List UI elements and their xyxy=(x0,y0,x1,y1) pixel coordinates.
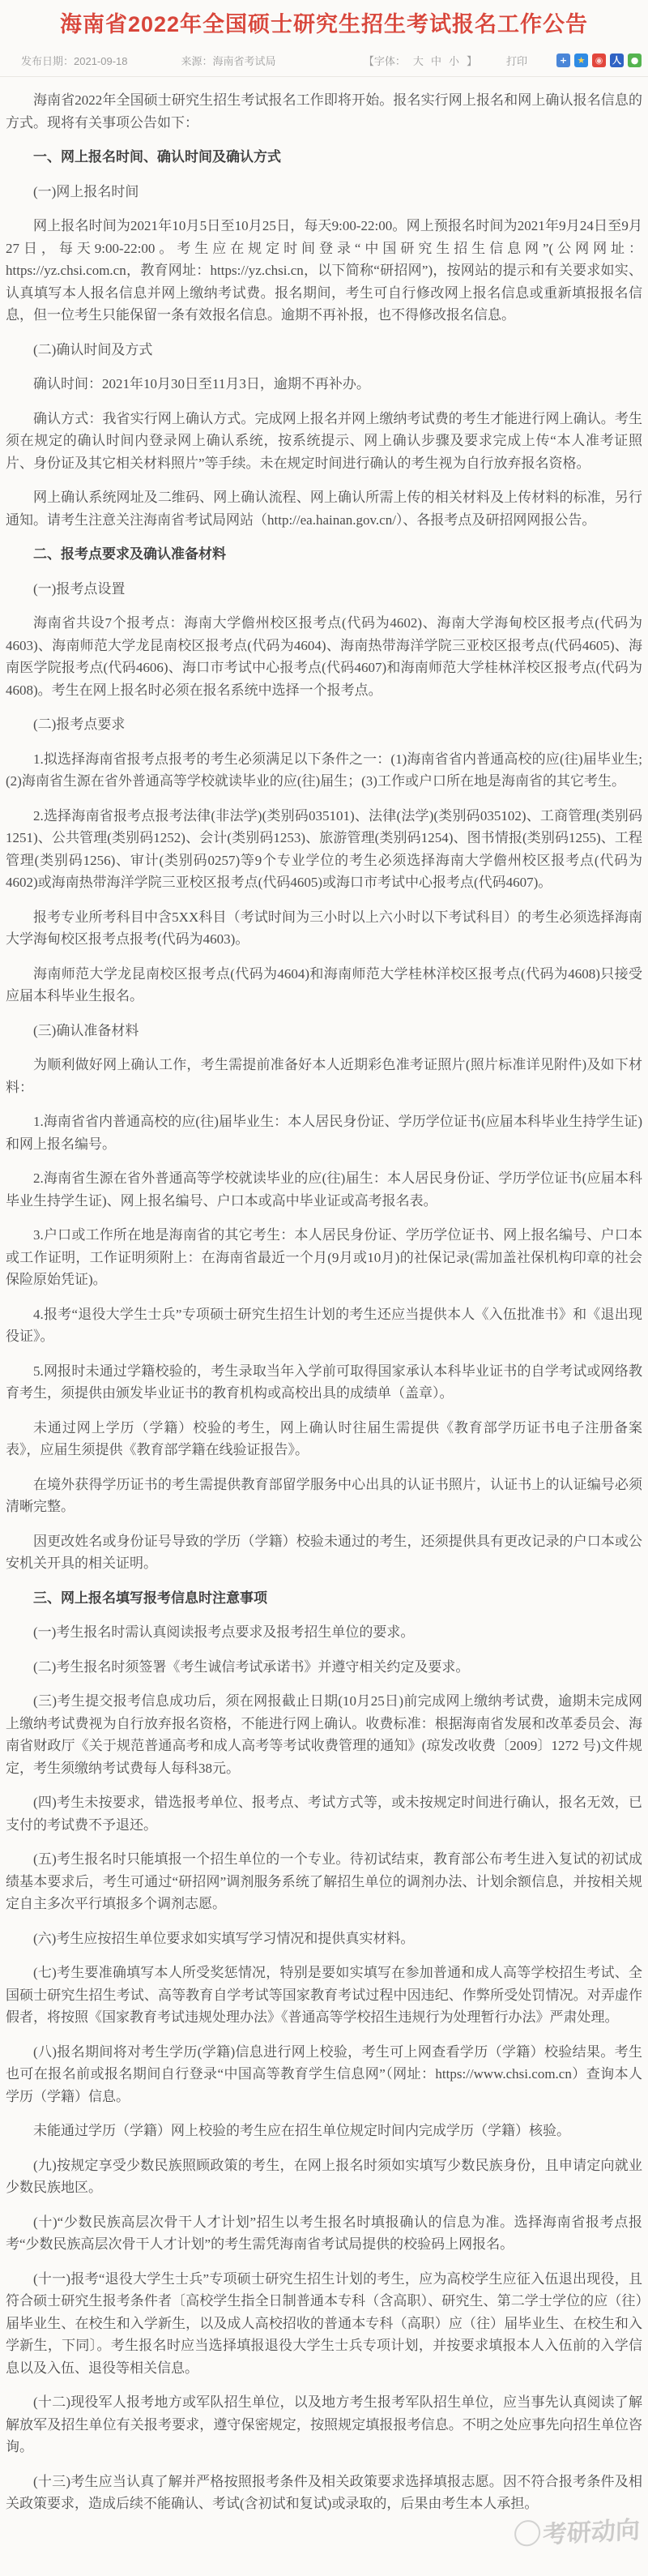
renren-icon[interactable]: 人 xyxy=(610,53,624,67)
paragraph: (八)报名期间将对考生学历(学籍)信息进行网上校验，考生可上网查看学历（学籍）校… xyxy=(6,2041,642,2108)
font-size-bracket-close: 】 xyxy=(467,53,477,68)
source-label: 来源： xyxy=(181,55,213,67)
meta-bar: 发布日期：2021-09-18 来源：海南省考试局 【字体： 大 中 小 】 打… xyxy=(0,51,648,77)
subsection-heading: (二)报考点要求 xyxy=(6,713,642,736)
subsection-heading: (三)确认准备材料 xyxy=(6,1020,642,1042)
share-plus-icon[interactable]: + xyxy=(556,53,570,67)
paragraph: 5.网报时未通过学籍校验的，考生录取当年入学前可取得国家承认本科毕业证书的自学考… xyxy=(6,1360,642,1405)
paragraph: (二)考生报名时须签署《考生诚信考试承诺书》并遵守相关约定及要求。 xyxy=(6,1656,642,1679)
font-size-bracket-open: 【字体： xyxy=(364,53,406,68)
paragraph: 1.拟选择海南省报考点报考的考生必须满足以下条件之一：(1)海南省省内普通高校的… xyxy=(6,748,642,793)
subsection-heading: (一)网上报名时间 xyxy=(6,181,642,203)
paragraph: 2.选择海南省报考点报考法律(非法学)(类别码035101)、法律(法学)(类别… xyxy=(6,805,642,894)
paragraph: 海南师范大学龙昆南校区报考点(代码为4604)和海南师范大学桂林洋校区报考点(代… xyxy=(6,963,642,1008)
publish-date-label: 发布日期： xyxy=(21,55,74,67)
paragraph: 网上确认系统网址及二维码、网上确认流程、网上确认所需上传的相关材料及上传材料的标… xyxy=(6,486,642,531)
subsection-heading: (二)确认时间及方式 xyxy=(6,339,642,362)
paragraph: 报考专业所考科目中含5XX科目（考试时间为三小时以上六小时以下考试科目）的考生必… xyxy=(6,906,642,951)
subsection-heading: (一)报考点设置 xyxy=(6,578,642,601)
paragraph: 确认方式：我省实行网上确认方式。完成网上报名并网上缴纳考试费的考生才能进行网上确… xyxy=(6,408,642,475)
paragraph: (五)考生报名时只能填报一个招生单位的一个专业。待初试结束，教育部公布考生进入复… xyxy=(6,1848,642,1915)
paragraph: (十三)考生应当认真了解并严格按照报考条件及相关政策要求选择填报志愿。因不符合报… xyxy=(6,2471,642,2515)
publish-date-value: 2021-09-18 xyxy=(74,55,128,67)
source-value: 海南省考试局 xyxy=(213,55,276,67)
paragraph: 因更改姓名或身份证号导致的学历（学籍）校验未通过的考生，还须提供具有更改记录的户… xyxy=(6,1530,642,1575)
meta-left: 发布日期：2021-09-18 来源：海南省考试局 xyxy=(21,53,276,68)
paragraph: 在境外获得学历证书的考生需提供教育部留学服务中心出具的认证书照片，认证书上的认证… xyxy=(6,1474,642,1518)
publish-date: 发布日期：2021-09-18 xyxy=(21,53,128,68)
font-size-selector: 【字体： 大 中 小 】 xyxy=(364,53,477,68)
print-button[interactable]: 打印 xyxy=(506,53,527,68)
paragraph: 网上报名时间为2021年10月5日至10月25日，每天9:00-22:00。网上… xyxy=(6,215,642,327)
font-size-small[interactable]: 小 xyxy=(449,53,459,68)
paragraph: 2.海南省生源在省外普通高等学校就读毕业的应(往)届生：本人居民身份证、学历学位… xyxy=(6,1167,642,1212)
meta-right: 【字体： 大 中 小 】 打印 + ★ ◉ 人 ● xyxy=(364,53,642,68)
paragraph: (三)考生提交报考信息成功后，须在网报截止日期(10月25日)前完成网上缴纳考试… xyxy=(6,1690,642,1779)
paragraph: (一)考生报名时需认真阅读报考点要求及报考招生单位的要求。 xyxy=(6,1621,642,1644)
paragraph: (四)考生未按要求，错选报考单位、报考点、考试方式等，或未按规定时间进行确认，报… xyxy=(6,1791,642,1836)
font-size-large[interactable]: 大 xyxy=(413,53,424,68)
paragraph-intro: 海南省2022年全国硕士研究生招生考试报名工作即将开始。报名实行网上报名和网上确… xyxy=(6,89,642,134)
weibo-icon[interactable]: ◉ xyxy=(592,53,606,67)
paragraph: 3.户口或工作所在地是海南省的其它考生：本人居民身份证、学历学位证书、网上报名编… xyxy=(6,1224,642,1291)
paragraph: 确认时间：2021年10月30日至11月3日，逾期不再补办。 xyxy=(6,373,642,396)
font-size-medium[interactable]: 中 xyxy=(431,53,441,68)
section-heading-1: 一、网上报名时间、确认时间及确认方式 xyxy=(6,146,642,169)
watermark-logo-icon xyxy=(514,2519,541,2547)
section-heading-2: 二、报考点要求及确认准备材料 xyxy=(6,543,642,566)
paragraph: (十二)现役军人报考地方或军队招生单位，以及地方考生报考军队招生单位，应当事先认… xyxy=(6,2391,642,2458)
qzone-icon[interactable]: ★ xyxy=(574,53,588,67)
paragraph: (七)考生要准确填写本人所受奖惩情况，特别是要如实填写在参加普通和成人高等学校招… xyxy=(6,1962,642,2029)
paragraph: 为顺利做好网上确认工作，考生需提前准备好本人近期彩色准考证照片(照片标准详见附件… xyxy=(6,1054,642,1098)
watermark-text: 考研动向 xyxy=(543,2509,641,2549)
paragraph: 未能通过学历（学籍）网上校验的考生应在招生单位规定时间内完成学历（学籍）核验。 xyxy=(6,2120,642,2142)
page-title: 海南省2022年全国硕士研究生招生考试报名工作公告 xyxy=(11,6,637,38)
paragraph: 4.报考“退役大学生士兵”专项硕士研究生招生计划的考生还应当提供本人《入伍批准书… xyxy=(6,1303,642,1348)
paragraph: (十)“少数民族高层次骨干人才计划”招生以考生报名时填报确认的信息为准。选择海南… xyxy=(6,2211,642,2256)
paragraph: 海南省共设7个报考点：海南大学儋州校区报考点(代码为4602)、海南大学海甸校区… xyxy=(6,612,642,701)
paragraph: (十一)报考“退役大学生士兵”专项硕士研究生招生计划的考生，应为高校学生应征入伍… xyxy=(6,2268,642,2380)
watermark: 考研动向 xyxy=(514,2509,641,2551)
share-icons: + ★ ◉ 人 ● xyxy=(556,53,642,67)
paragraph: (九)按规定享受少数民族照顾政策的考生，在网上报名时须如实填写少数民族身份，且申… xyxy=(6,2155,642,2199)
wechat-icon[interactable]: ● xyxy=(628,53,642,67)
article-body: 海南省2022年全国硕士研究生招生考试报名工作即将开始。报名实行网上报名和网上确… xyxy=(0,89,648,2515)
section-heading-3: 三、网上报名填写报考信息时注意事项 xyxy=(6,1587,642,1610)
source: 来源：海南省考试局 xyxy=(181,53,276,68)
paragraph: 1.海南省省内普通高校的应(往)届毕业生：本人居民身份证、学历学位证书(应届本科… xyxy=(6,1110,642,1155)
announcement-page: 海南省2022年全国硕士研究生招生考试报名工作公告 发布日期：2021-09-1… xyxy=(0,6,648,2576)
paragraph: 未通过网上学历（学籍）校验的考生，网上确认时往届生需提供《教育部学历证书电子注册… xyxy=(6,1417,642,1461)
paragraph: (六)考生应按招生单位要求如实填写学习情况和提供真实材料。 xyxy=(6,1928,642,1950)
